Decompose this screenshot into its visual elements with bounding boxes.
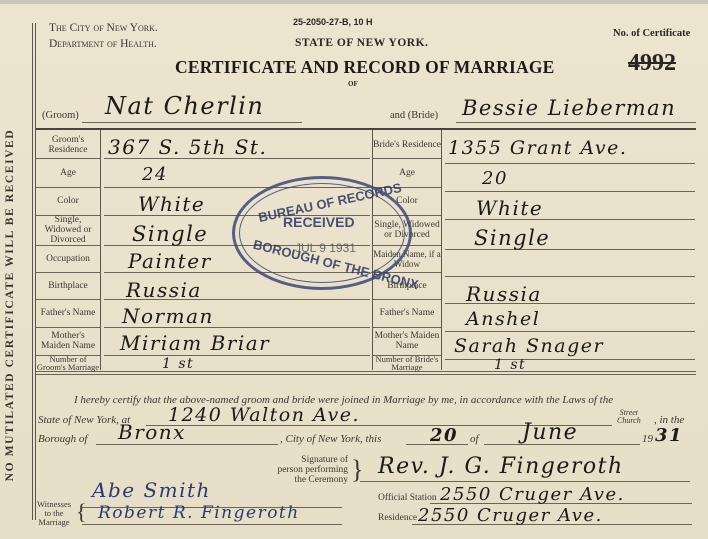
bride-label-divider (441, 130, 442, 370)
city-text: , City of New York, this (280, 433, 381, 445)
groom-residence-value: 367 S. 5th St. (108, 135, 267, 159)
groom-mother-label: Mother's Maiden Name (36, 328, 100, 354)
border-line (32, 23, 33, 520)
certificate-number: 4992 (628, 50, 676, 77)
day-value: 20 (430, 425, 458, 446)
received-stamp: BUREAU OF RECORDS RECEIVED JUL 9 1931 BO… (232, 176, 412, 290)
bride-marriage-number-value: 1 st (494, 357, 526, 373)
stamp-received-text: RECEIVED (283, 214, 355, 230)
groom-birthplace-value: Russia (126, 278, 202, 302)
title-of: OF (348, 80, 358, 88)
form-number: 25-2050-27-B, 10 H (293, 17, 373, 27)
borough-prefix: Borough of (38, 433, 87, 445)
row-divider (445, 276, 695, 277)
signature-label: Signature of person performing the Cerem… (268, 455, 348, 485)
row-divider (373, 158, 441, 159)
groom-birthplace-label: Birthplace (36, 273, 100, 299)
bride-color-value: White (476, 196, 543, 220)
bride-mother-value: Sarah Snager (454, 335, 604, 357)
signature-line (360, 481, 690, 482)
signature-label-line-3: the Ceremony (268, 475, 348, 485)
officiant-residence-value: 2550 Cruger Ave. (418, 505, 603, 526)
groom-mother-value: Miriam Briar (120, 331, 270, 355)
groom-color-label: Color (36, 188, 100, 214)
city-header: The City of New York. (49, 22, 158, 34)
signature-label-line-2: person performing (268, 465, 348, 475)
year-value: 31 (655, 425, 683, 446)
groom-marriage-number-value: 1 st (162, 356, 194, 372)
official-station-label: Official Station (378, 493, 437, 503)
table-bottom-border (36, 371, 696, 372)
groom-occupation-label: Occupation (36, 246, 100, 272)
witness-2-signature: Robert R. Fingeroth (98, 503, 300, 523)
bride-name: Bessie Lieberman (462, 96, 676, 120)
bride-residence-label: Bride's Residence (373, 133, 441, 157)
row-divider (445, 163, 695, 164)
of-text: of (470, 433, 479, 445)
borough-value: Bronx (118, 420, 186, 444)
row-divider (445, 359, 695, 360)
groom-age-value: 24 (142, 164, 168, 185)
marriage-location: 1240 Walton Ave. (168, 404, 360, 426)
bride-residence-value: 1355 Grant Ave. (448, 137, 627, 159)
officiant-signature: Rev. J. G. Fingeroth (378, 454, 624, 479)
groom-residence-label: Groom's Residence (36, 133, 100, 157)
bride-marriage-number-label: Number of Bride's Marriage (373, 355, 441, 371)
groom-father-value: Norman (122, 304, 214, 328)
page-title: CERTIFICATE AND RECORD OF MARRIAGE (175, 57, 555, 78)
bride-mother-label: Mother's Maiden Name (373, 328, 441, 354)
signature-brace: } (351, 456, 363, 484)
street-church-note: Street Church (617, 409, 641, 425)
residence-label: Residence (378, 513, 417, 523)
witnesses-label-line-3: Marriage (33, 518, 75, 527)
groom-color-value: White (138, 192, 205, 216)
groom-marital-status-label: Single, Widowed or Divorced (36, 216, 100, 244)
row-divider (445, 331, 695, 332)
official-station-value: 2550 Cruger Ave. (440, 484, 625, 505)
groom-label-divider (100, 130, 101, 370)
groom-name: Nat Cherlin (105, 92, 264, 120)
row-divider (36, 158, 100, 159)
groom-label: (Groom) (42, 110, 79, 121)
bride-age-label: Age (373, 160, 441, 186)
bride-father-value: Anshel (466, 308, 540, 330)
department-header: Department of Health. (49, 38, 157, 50)
witnesses-label: Witnesses to the Marriage (33, 500, 75, 527)
side-notice-strip: NO MUTILATED CERTIFICATE WILL BE RECEIVE… (0, 0, 30, 539)
certificate-number-label: No. of Certificate (613, 28, 690, 39)
groom-name-line (82, 122, 302, 123)
groom-occupation-value: Painter (128, 249, 212, 273)
bride-label: and (Bride) (390, 110, 438, 121)
year-prefix: 19 (642, 433, 653, 445)
month-value: June (522, 420, 578, 445)
witness-1-signature: Abe Smith (92, 478, 211, 502)
bride-name-line (456, 122, 696, 123)
bride-age-value: 20 (482, 168, 508, 189)
groom-marital-status-value: Single (132, 222, 208, 246)
side-notice: NO MUTILATED CERTIFICATE WILL BE RECEIVE… (4, 90, 24, 520)
marriage-certificate: NO MUTILATED CERTIFICATE WILL BE RECEIVE… (0, 0, 708, 539)
church-label: Church (617, 417, 641, 425)
groom-age-label: Age (36, 160, 100, 186)
row-divider (445, 191, 695, 192)
witnesses-brace: { (76, 500, 87, 524)
table-top-border (36, 128, 696, 130)
bride-marital-status-value: Single (474, 226, 550, 250)
groom-father-label: Father's Name (36, 300, 100, 326)
state-prefix: State of New York, at (38, 414, 130, 426)
row-divider (104, 355, 370, 356)
scan-edge (0, 0, 708, 4)
bride-birthplace-value: Russia (466, 282, 542, 306)
state-header: STATE OF NEW YORK. (295, 37, 428, 49)
signature-label-line-1: Signature of (268, 455, 348, 465)
groom-marriage-number-label: Number of Groom's Marriage (36, 355, 100, 371)
bride-father-label: Father's Name (373, 300, 441, 326)
table-bottom-border-2 (36, 374, 696, 375)
witness-2-line (82, 524, 342, 525)
borough-line (96, 444, 278, 445)
